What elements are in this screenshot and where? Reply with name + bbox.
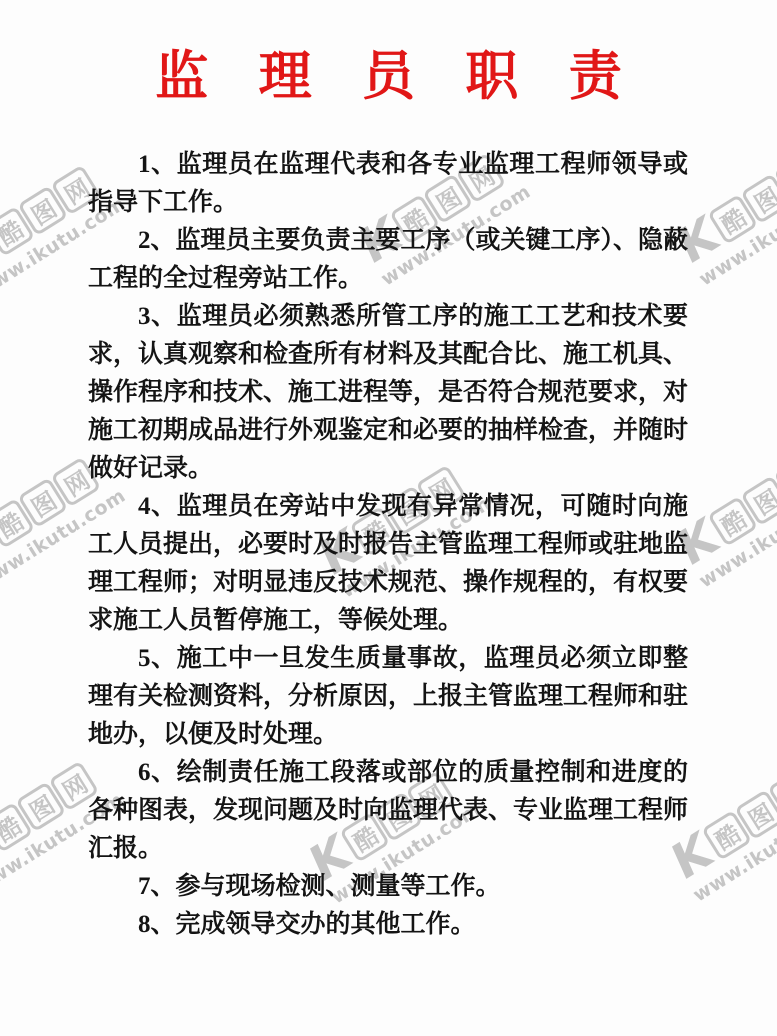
duties-list: 1、监理员在监理代表和各专业监理工程师领导或指导下工作。 2、监理员主要负责主要… xyxy=(88,146,688,944)
duty-item-6: 6、绘制责任施工段落或部位的质量控制和进度的各种图表，发现问题及时向监理代表、专… xyxy=(88,754,688,868)
duty-item-2: 2、监理员主要负责主要工序（或关键工序）、隐蔽工程的全过程旁站工作。 xyxy=(88,222,688,298)
document-page: K 酷 图 网 www.ikutu.com K 酷 图 网 www.ikutu.… xyxy=(0,0,777,1036)
duty-item-3: 3、监理员必须熟悉所管工序的施工工艺和技术要求，认真观察和检查所有材料及其配合比… xyxy=(88,298,688,488)
page-title: 监理员职责 xyxy=(0,0,777,110)
duty-item-1: 1、监理员在监理代表和各专业监理工程师领导或指导下工作。 xyxy=(88,146,688,222)
duty-item-4: 4、监理员在旁站中发现有异常情况，可随时向施工人员提出，必要时及时报告主管监理工… xyxy=(88,488,688,640)
duty-item-5: 5、施工中一旦发生质量事故，监理员必须立即整理有关检测资料，分析原因，上报主管监… xyxy=(88,640,688,754)
duty-item-8: 8、完成领导交办的其他工作。 xyxy=(88,906,688,944)
duty-item-7: 7、参与现场检测、测量等工作。 xyxy=(88,868,688,906)
